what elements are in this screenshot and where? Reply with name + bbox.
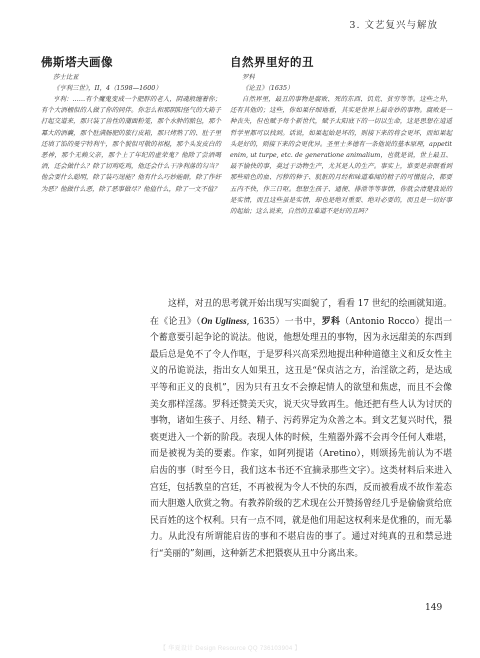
- running-head: 3. 文艺复兴与解放: [349, 17, 438, 31]
- excerpt-source: 《亨利三世》，II，4（1598—1600）: [41, 83, 221, 94]
- body-text: , 1635）一书中，: [247, 317, 322, 327]
- page-number: 149: [425, 603, 442, 613]
- body-text: （Antonio Rocco）提出一个蓄意要引起争论的说法。他说，他想处理丑的事…: [150, 317, 452, 559]
- sidebar-excerpt-rocco: 自然界里好的丑 罗科 《论丑》（1635） 自然界里，最丑的事物是腐败、死的东西…: [230, 54, 452, 217]
- main-body-paragraph: 这样，对丑的思考就开始出现写实面貌了，看看 17 世纪的绘画就知道。在《论丑》（…: [150, 296, 452, 563]
- excerpt-author: 莎士比亚: [41, 72, 221, 83]
- watermark: 【 华夏设计 Design Resource QQ 736103904 】: [160, 643, 301, 652]
- sidebar-excerpt-shakespeare: 佛斯塔夫画像 莎士比亚 《亨利三世》，II，4（1598—1600） 亨利：………: [41, 54, 221, 195]
- excerpt-body: 亨利：……有个魔鬼变成一个肥胖的老人，阴魂般缠着你；有个大酒桶似的人做了你的同伴…: [41, 94, 221, 195]
- excerpt-source: 《论丑》（1635）: [230, 83, 452, 94]
- excerpt-title: 佛斯塔夫画像: [41, 54, 221, 70]
- excerpt-body: 自然界里，最丑的事物是腐败、死的东西、饥荒、贫穷等等。这些之外，还有其他的；这些…: [230, 94, 452, 217]
- book-title-en: On Ugliness: [201, 316, 247, 326]
- excerpt-title: 自然界里好的丑: [230, 54, 452, 70]
- excerpt-author: 罗科: [230, 72, 452, 83]
- author-name-highlight: 罗科: [322, 317, 341, 327]
